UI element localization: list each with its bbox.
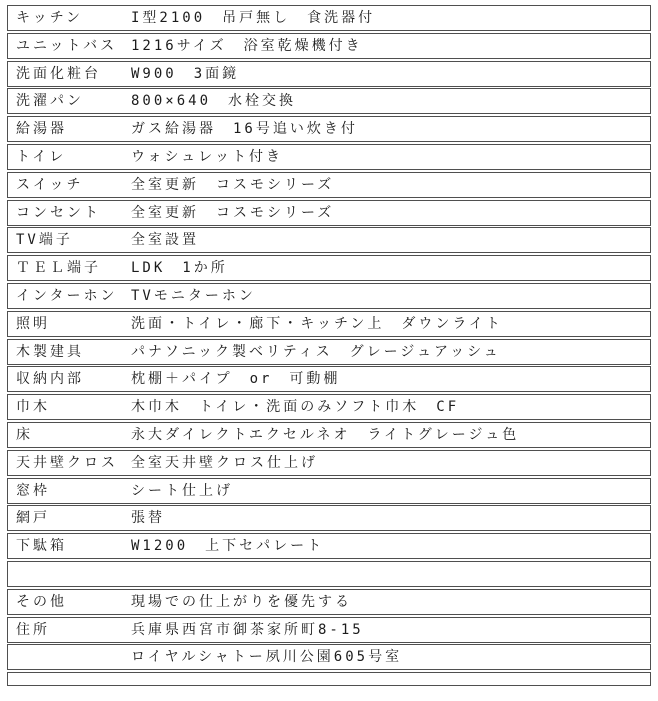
row-item-label: スイッチ (16, 178, 131, 192)
table-row: 住所 兵庫県西宮市御茶家所町8-15 (7, 617, 651, 643)
row-item-label: ＴＥＬ端子 (16, 261, 131, 275)
table-row: 洗濯パン 800×640 水栓交換 (7, 88, 651, 114)
table-row: ＴＥＬ端子 LDK 1か所 (7, 255, 651, 281)
row-item-label: 下駄箱 (16, 539, 131, 553)
table-row (7, 561, 651, 587)
row-item-value: W1200 上下セパレート (131, 539, 650, 553)
row-item-value: 全室更新 コスモシリーズ (131, 178, 650, 192)
row-item-label: TV端子 (16, 233, 131, 247)
row-item-value: 張替 (131, 511, 650, 525)
table-row: TV端子 全室設置 (7, 227, 651, 253)
table-row: 収納内部 枕棚＋パイプ or 可動棚 (7, 366, 651, 392)
row-item-value: I型2100 吊戸無し 食洗器付 (131, 11, 650, 25)
row-item-label: キッチン (16, 11, 131, 25)
spec-table: キッチン I型2100 吊戸無し 食洗器付 ユニットバス 1216サイズ 浴室乾… (7, 5, 651, 688)
row-item-label: 給湯器 (16, 122, 131, 136)
row-item-label: その他 (16, 595, 131, 609)
row-item-label: 洗濯パン (16, 94, 131, 108)
row-item-value: シート仕上げ (131, 484, 650, 498)
row-item-value: ガス給湯器 16号追い炊き付 (131, 122, 650, 136)
row-item-value: 永大ダイレクトエクセルネオ ライトグレージュ色 (131, 428, 650, 442)
row-item-value: 木巾木 トイレ・洗面のみソフト巾木 CF (131, 400, 650, 414)
table-row: 給湯器 ガス給湯器 16号追い炊き付 (7, 116, 651, 142)
row-item-value: ウォシュレット付き (131, 150, 650, 164)
row-item-value: パナソニック製ベリティス グレージュアッシュ (131, 345, 650, 359)
row-item-value: LDK 1か所 (131, 261, 650, 275)
table-row: 木製建具 パナソニック製ベリティス グレージュアッシュ (7, 339, 651, 365)
row-item-value: 800×640 水栓交換 (131, 94, 650, 108)
row-item-label: 天井壁クロス (16, 456, 131, 470)
row-item-value: 全室更新 コスモシリーズ (131, 206, 650, 220)
table-row: 巾木 木巾木 トイレ・洗面のみソフト巾木 CF (7, 394, 651, 420)
row-item-value: 1216サイズ 浴室乾燥機付き (131, 39, 650, 53)
table-row: 網戸 張替 (7, 505, 651, 531)
row-item-label: 巾木 (16, 400, 131, 414)
row-item-label: 洗面化粧台 (16, 67, 131, 81)
table-row: トイレ ウォシュレット付き (7, 144, 651, 170)
row-item-value: 洗面・トイレ・廊下・キッチン上 ダウンライト (131, 317, 650, 331)
table-row: ユニットバス 1216サイズ 浴室乾燥機付き (7, 33, 651, 59)
row-item-label: 住所 (16, 623, 131, 637)
row-item-value: 全室天井壁クロス仕上げ (131, 456, 650, 470)
table-row: 照明 洗面・トイレ・廊下・キッチン上 ダウンライト (7, 311, 651, 337)
table-row: コンセント 全室更新 コスモシリーズ (7, 200, 651, 226)
row-item-label: 照明 (16, 317, 131, 331)
row-item-label: インターホン (16, 289, 131, 303)
row-item-label: コンセント (16, 206, 131, 220)
table-row: 洗面化粧台 W900 3面鏡 (7, 61, 651, 87)
table-row: その他 現場での仕上がりを優先する (7, 589, 651, 615)
table-row: 天井壁クロス 全室天井壁クロス仕上げ (7, 450, 651, 476)
row-item-value: 枕棚＋パイプ or 可動棚 (131, 372, 650, 386)
row-item-label: 網戸 (16, 511, 131, 525)
row-item-label: トイレ (16, 150, 131, 164)
table-row: 下駄箱 W1200 上下セパレート (7, 533, 651, 559)
table-row: 床 永大ダイレクトエクセルネオ ライトグレージュ色 (7, 422, 651, 448)
row-item-value: 現場での仕上がりを優先する (131, 595, 650, 609)
table-row: 窓枠 シート仕上げ (7, 478, 651, 504)
table-row: ロイヤルシャトー夙川公園605号室 (7, 644, 651, 670)
row-item-value: 全室設置 (131, 233, 650, 247)
table-row: キッチン I型2100 吊戸無し 食洗器付 (7, 5, 651, 31)
row-item-label: 窓枠 (16, 484, 131, 498)
row-item-label: 木製建具 (16, 345, 131, 359)
row-item-label: 床 (16, 428, 131, 442)
row-item-value: W900 3面鏡 (131, 67, 650, 81)
table-row (7, 672, 651, 686)
row-item-label: 収納内部 (16, 372, 131, 386)
row-item-value: TVモニターホン (131, 289, 650, 303)
row-item-value: ロイヤルシャトー夙川公園605号室 (131, 650, 650, 664)
table-row: スイッチ 全室更新 コスモシリーズ (7, 172, 651, 198)
row-item-value: 兵庫県西宮市御茶家所町8-15 (131, 623, 650, 637)
row-item-label: ユニットバス (16, 39, 131, 53)
table-row: インターホン TVモニターホン (7, 283, 651, 309)
